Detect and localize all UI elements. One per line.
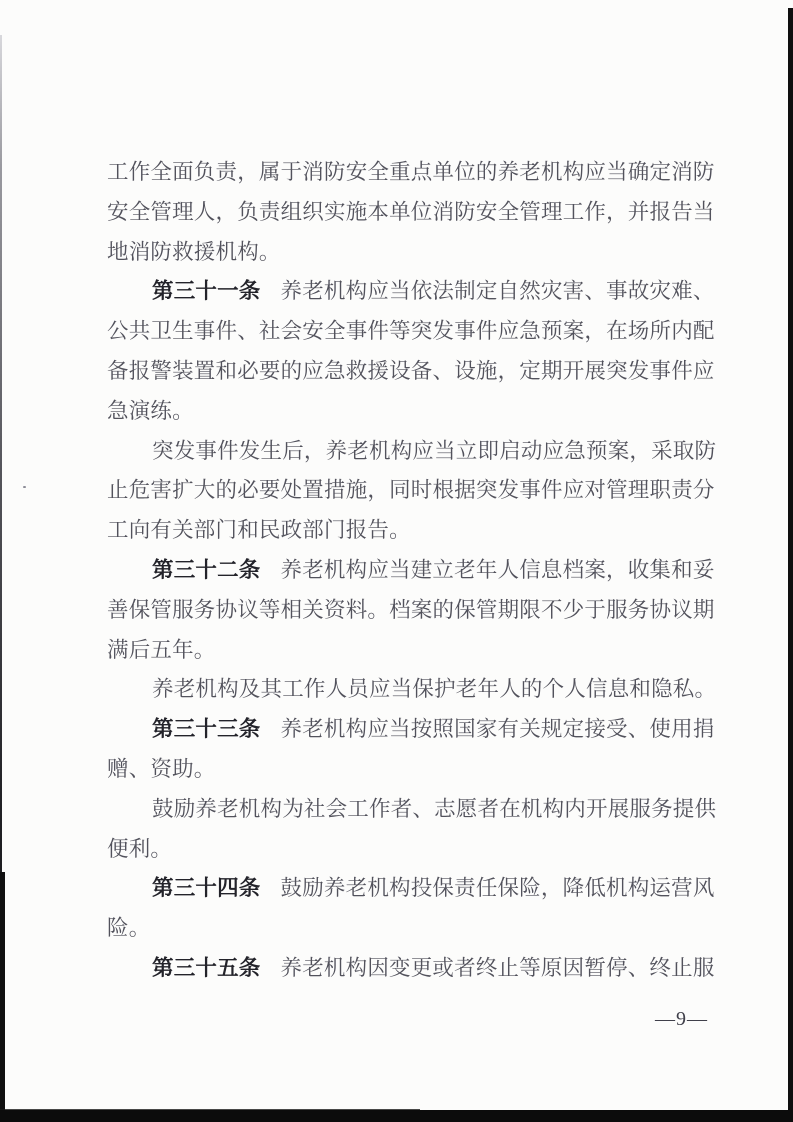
- line-text: 善保管服务协议等相关资料。档案的保管期限不少于服务协议期: [107, 598, 715, 622]
- text-line: 鼓励养老机构为社会工作者、志愿者在机构内开展服务提供: [107, 790, 719, 830]
- line-text: 便利。: [107, 837, 172, 861]
- text-line: 工向有关部门和民政部门报告。: [107, 511, 719, 551]
- scanned-document-page: 工作全面负责，属于消防安全重点单位的养老机构应当确定消防 安全管理人，负责组织实…: [0, 0, 793, 1122]
- article-number: 第三十二条: [152, 558, 261, 582]
- line-text: 突发事件发生后，养老机构应当立即启动应急预案，采取防: [152, 439, 716, 463]
- text-line: 备报警装置和必要的应急救援设备、设施，定期开展突发事件应: [107, 352, 719, 392]
- text-line: 止危害扩大的必要处置措施，同时根据突发事件应对管理职责分: [107, 471, 719, 511]
- line-text: 安全管理人，负责组织实施本单位消防安全管理工作，并报告当: [107, 200, 715, 224]
- text-line: 突发事件发生后，养老机构应当立即启动应急预案，采取防: [107, 432, 719, 472]
- line-text: 公共卫生事件、社会安全事件等突发事件应急预案，在场所内配: [107, 319, 715, 343]
- scan-edge-right: [788, 8, 793, 1122]
- text-line: 赠、资助。: [107, 750, 719, 790]
- line-text: 工向有关部门和民政部门报告。: [107, 518, 411, 542]
- text-line: 便利。: [107, 830, 719, 870]
- text-line-article-31: 第三十一条养老机构应当依法制定自然灾害、事故灾难、: [107, 272, 719, 312]
- article-number: 第三十一条: [152, 279, 261, 303]
- line-text: 止危害扩大的必要处置措施，同时根据突发事件应对管理职责分: [107, 478, 715, 502]
- line-text: 养老机构应当按照国家有关规定接受、使用捐: [281, 717, 715, 741]
- line-text: 地消防救援机构。: [107, 240, 281, 264]
- line-text: 险。: [107, 916, 150, 940]
- line-text: 赠、资助。: [107, 757, 216, 781]
- line-text: 鼓励养老机构投保责任保险，降低机构运营风: [281, 876, 715, 900]
- text-line: 险。: [107, 909, 719, 949]
- scan-edge-bottom: [0, 1110, 793, 1122]
- line-text: 鼓励养老机构为社会工作者、志愿者在机构内开展服务提供: [152, 797, 716, 821]
- article-number: 第三十四条: [152, 876, 261, 900]
- line-text: 养老机构及其工作人员应当保护老年人的个人信息和隐私。: [152, 677, 716, 701]
- text-line-article-35: 第三十五条养老机构因变更或者终止等原因暂停、终止服: [107, 949, 719, 989]
- text-line: 地消防救援机构。: [107, 233, 719, 273]
- text-line: 善保管服务协议等相关资料。档案的保管期限不少于服务协议期: [107, 591, 719, 631]
- article-number: 第三十五条: [152, 956, 261, 980]
- scan-edge-left-lower: [0, 872, 5, 1122]
- line-text: 养老机构因变更或者终止等原因暂停、终止服: [281, 956, 715, 980]
- line-text: 备报警装置和必要的应急救援设备、设施，定期开展突发事件应: [107, 359, 715, 383]
- text-line: 急演练。: [107, 392, 719, 432]
- text-line: 公共卫生事件、社会安全事件等突发事件应急预案，在场所内配: [107, 312, 719, 352]
- line-text: 养老机构应当依法制定自然灾害、事故灾难、: [281, 279, 715, 303]
- text-line: 安全管理人，负责组织实施本单位消防安全管理工作，并报告当: [107, 193, 719, 233]
- line-text: 工作全面负责，属于消防安全重点单位的养老机构应当确定消防: [107, 160, 715, 184]
- line-text: 满后五年。: [107, 638, 216, 662]
- text-line: 养老机构及其工作人员应当保护老年人的个人信息和隐私。: [107, 670, 719, 710]
- line-text: 急演练。: [107, 399, 194, 423]
- text-line-article-33: 第三十三条养老机构应当按照国家有关规定接受、使用捐: [107, 710, 719, 750]
- document-body: 工作全面负责，属于消防安全重点单位的养老机构应当确定消防 安全管理人，负责组织实…: [107, 153, 719, 989]
- line-text: 养老机构应当建立老年人信息档案，收集和妥: [281, 558, 715, 582]
- text-line-article-32: 第三十二条养老机构应当建立老年人信息档案，收集和妥: [107, 551, 719, 591]
- text-line: 满后五年。: [107, 631, 719, 671]
- article-number: 第三十三条: [152, 717, 261, 741]
- scan-speck: [23, 486, 26, 488]
- text-line-article-34: 第三十四条鼓励养老机构投保责任保险，降低机构运营风: [107, 869, 719, 909]
- text-line: 工作全面负责，属于消防安全重点单位的养老机构应当确定消防: [107, 153, 719, 193]
- page-number: —9—: [655, 1008, 708, 1031]
